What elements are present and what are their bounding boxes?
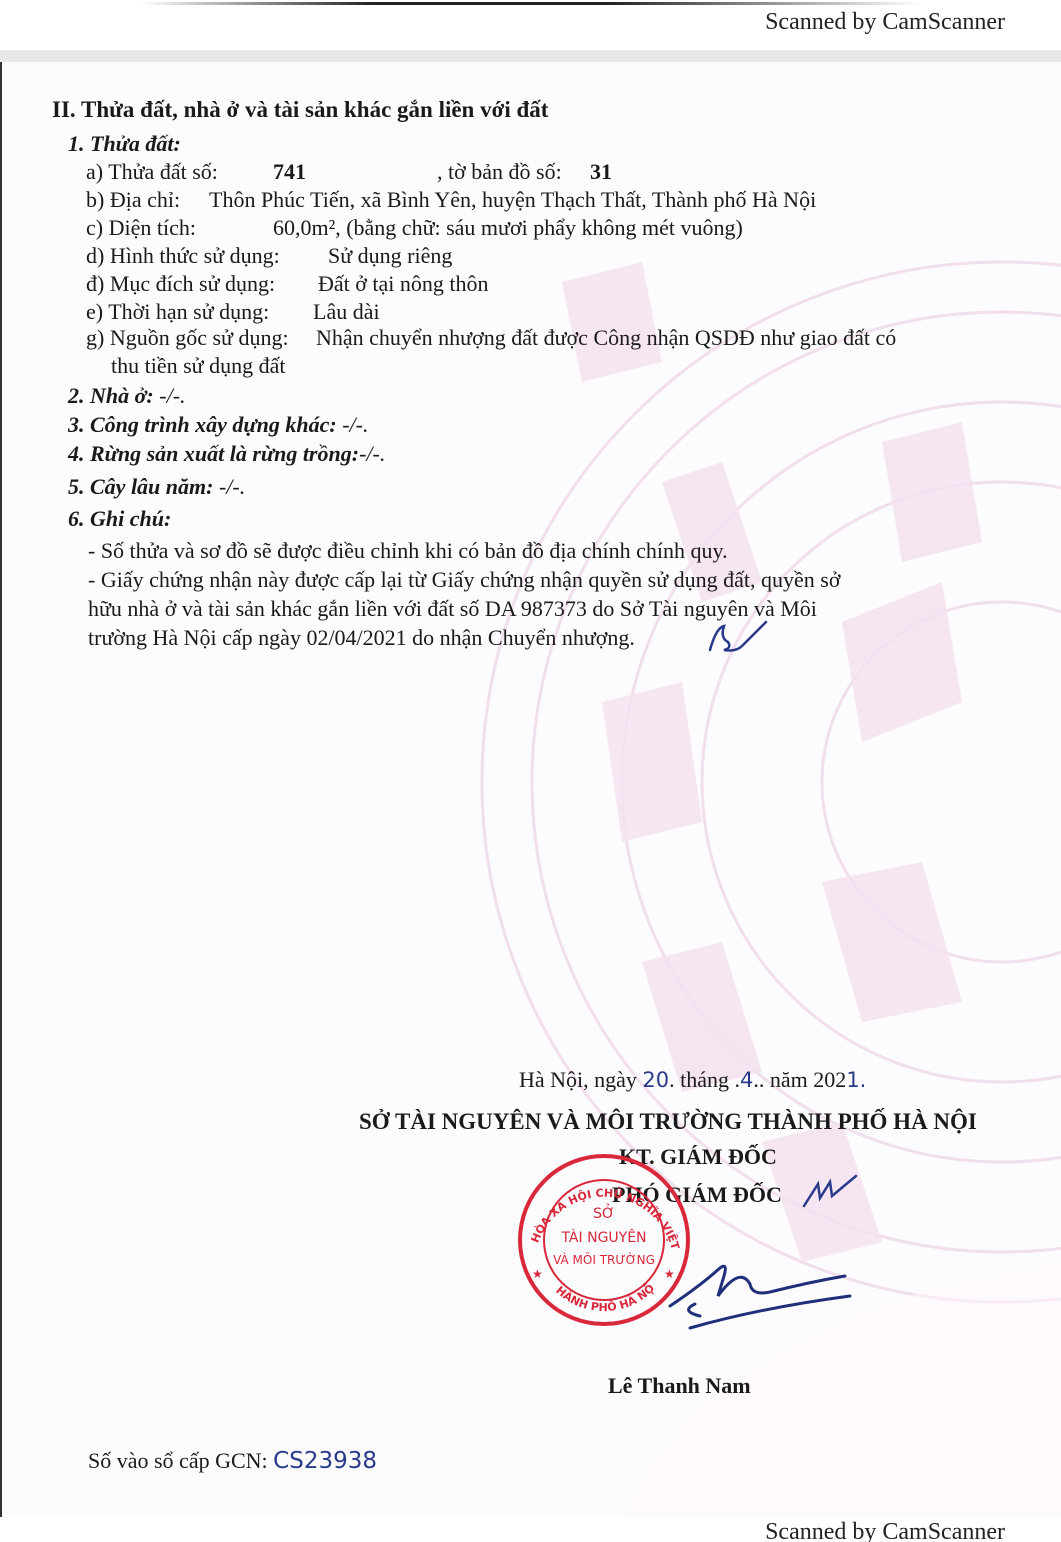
issuing-agency: SỞ TÀI NGUYÊN VÀ MÔI TRƯỜNG THÀNH PHỐ HÀ… <box>359 1108 977 1136</box>
date-year-last: 1. <box>846 1068 866 1092</box>
usage-term-label: e) Thời hạn sử dụng: <box>86 298 269 326</box>
issue-date: Hà Nội, ngày 20. tháng .4.. năm 2021. <box>519 1066 866 1094</box>
perennial-row: 5. Cây lâu năm: -/-. <box>68 473 245 501</box>
position-initial-icon <box>800 1172 860 1212</box>
area-label: c) Diện tích: <box>86 214 196 242</box>
perennial-heading: 5. Cây lâu năm: <box>68 474 213 499</box>
note-line-2: - Giấy chứng nhận này được cấp lại từ Gi… <box>88 566 841 594</box>
area-value: 60,0m², (bằng chữ: sáu mươi phẩy không m… <box>273 214 743 242</box>
usage-term-value: Lâu dài <box>313 298 380 326</box>
director-signature-icon <box>640 1256 860 1336</box>
paper-edge <box>140 2 920 5</box>
usage-form-label: d) Hình thức sử dụng: <box>86 242 280 270</box>
origin-value-line1: Nhận chuyển nhượng đất được Công nhận QS… <box>316 324 896 352</box>
signer-name: Lê Thanh Nam <box>608 1372 751 1400</box>
construction-value: -/-. <box>342 412 368 437</box>
usage-purpose-value: Đất ở tại nông thôn <box>318 270 489 298</box>
camscanner-watermark-top: Scanned by CamScanner <box>765 9 1005 36</box>
construction-heading: 3. Công trình xây dựng khác: <box>68 412 337 437</box>
date-year-label: năm 202 <box>770 1067 846 1092</box>
map-sheet-value: 31 <box>590 158 612 186</box>
initial-signature-icon <box>702 618 772 658</box>
forest-heading: 4. Rừng sản xuất là rừng trồng: <box>68 441 359 466</box>
note-line-1: - Số thửa và sơ đồ sẽ được điều chỉnh kh… <box>88 537 728 565</box>
usage-purpose-label: đ) Mục đích sử dụng: <box>86 270 275 298</box>
address-value: Thôn Phúc Tiến, xã Bình Yên, huyện Thạch… <box>209 186 816 214</box>
forest-value: -/-. <box>359 441 385 466</box>
notes-heading: 6. Ghi chú: <box>68 505 171 533</box>
page-gap <box>0 50 1061 62</box>
origin-label: g) Nguồn gốc sử dụng: <box>86 324 289 352</box>
perennial-value: -/-. <box>219 474 245 499</box>
date-day: 20 <box>642 1068 669 1092</box>
registry-number: CS23938 <box>273 1448 377 1474</box>
usage-form-value: Sử dụng riêng <box>328 242 452 270</box>
address-label: b) Địa chỉ: <box>86 186 180 214</box>
house-value: -/-. <box>159 383 185 408</box>
construction-row: 3. Công trình xây dựng khác: -/-. <box>68 411 368 439</box>
parcel-number-value: 741 <box>273 158 306 186</box>
house-heading: 2. Nhà ở: <box>68 383 154 408</box>
date-prefix: Hà Nội, ngày <box>519 1067 637 1092</box>
svg-text:★: ★ <box>532 1267 543 1281</box>
house-row: 2. Nhà ở: -/-. <box>68 382 186 410</box>
origin-value-line2: thu tiền sử dụng đất <box>111 352 285 380</box>
date-month-label: tháng <box>680 1067 729 1092</box>
date-month: 4 <box>740 1068 753 1092</box>
land-heading: 1. Thửa đất: <box>68 130 181 158</box>
registry-row: Số vào sổ cấp GCN: CS23938 <box>88 1447 377 1475</box>
forest-row: 4. Rừng sản xuất là rừng trồng:-/-. <box>68 440 385 468</box>
section-title: II. Thửa đất, nhà ở và tài sản khác gắn … <box>52 96 548 124</box>
parcel-number-label: a) Thửa đất số: <box>86 158 218 186</box>
map-sheet-label: , tờ bản đồ số: <box>437 158 562 186</box>
svg-text:TÀI NGUYÊN: TÀI NGUYÊN <box>560 1228 646 1246</box>
registry-label: Số vào sổ cấp GCN: <box>88 1448 268 1473</box>
camscanner-watermark-bottom: Scanned by CamScanner <box>765 1519 1005 1542</box>
note-line-4: trường Hà Nội cấp ngày 02/04/2021 do nhậ… <box>88 624 635 652</box>
svg-text:SỞ: SỞ <box>593 1203 615 1222</box>
